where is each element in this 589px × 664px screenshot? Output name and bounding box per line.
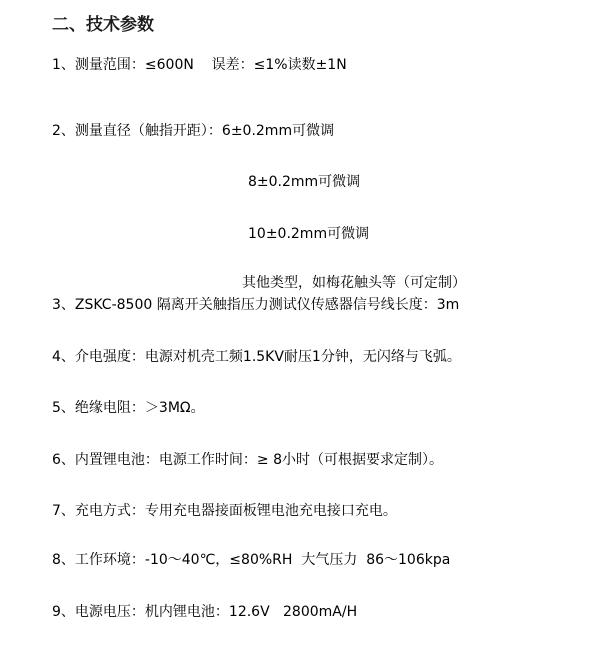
- section-heading: 二、技术参数: [52, 14, 154, 36]
- param-measure-range: 1、测量范围：≤600N 误差：≤1%读数±1N: [52, 56, 347, 74]
- param-insulation-resistance: 5、绝缘电阻：＞3MΩ。: [52, 399, 205, 417]
- param-power-voltage: 9、电源电压：机内锂电池：12.6V 2800mA/H: [52, 603, 357, 621]
- param-diameter-option-8: 8±0.2mm可微调: [248, 173, 360, 191]
- param-working-environment: 8、工作环境：-10～40℃，≤80%RH 大气压力 86～106kpa: [52, 551, 450, 569]
- param-charging-method: 7、充电方式：专用充电器接面板锂电池充电接口充电。: [52, 502, 397, 520]
- param-diameter-option-10: 10±0.2mm可微调: [248, 225, 369, 243]
- param-measure-diameter: 2、测量直径（触指开距）：6±0.2mm可微调: [52, 122, 334, 140]
- param-diameter-option-custom: 其他类型，如梅花触头等（可定制）: [242, 274, 466, 292]
- param-sensor-cable-length: 3、ZSKC-8500 隔离开关触指压力测试仪传感器信号线长度：3m: [52, 296, 459, 314]
- param-dielectric-strength: 4、介电强度：电源对机壳工频1.5KV耐压1分钟，无闪络与飞弧。: [52, 348, 461, 366]
- param-internal-battery: 6、内置锂电池：电源工作时间：≥ 8小时（可根据要求定制）。: [52, 451, 443, 469]
